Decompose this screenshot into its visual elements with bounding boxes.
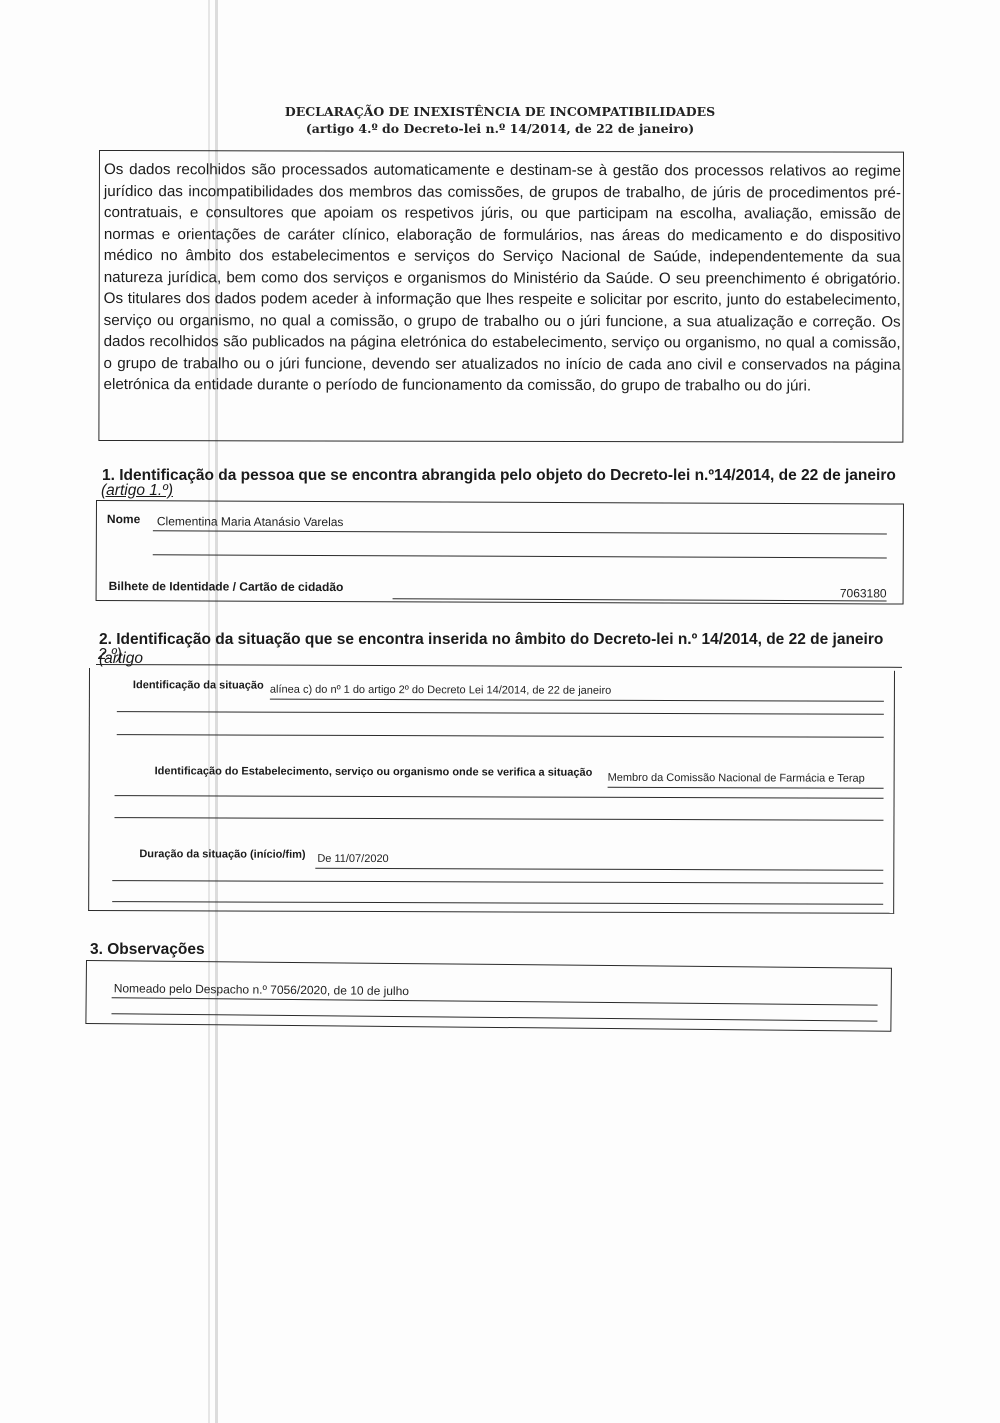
notice-text: Os dados recolhidos são processados auto… xyxy=(103,159,900,397)
duration-underline-2 xyxy=(112,880,883,884)
duration-underline-3 xyxy=(112,901,883,905)
section-2-title: 2. Identificação da situação que se enco… xyxy=(99,630,919,668)
title-line-1: DECLARAÇÃO DE INEXISTÊNCIA DE INCOMPATIB… xyxy=(0,103,1000,120)
situation-underline xyxy=(270,699,884,702)
name-label: Nome xyxy=(107,512,140,526)
situation-underline-2 xyxy=(117,711,884,715)
establishment-underline xyxy=(608,787,884,789)
id-card-underline xyxy=(393,598,887,601)
establishment-label: Identificação do Estabelecimento, serviç… xyxy=(155,765,593,779)
section-2-box: Identificação da situação alínea c) do n… xyxy=(88,668,895,914)
id-card-field[interactable]: 7063180 xyxy=(840,586,887,600)
name-field[interactable]: Clementina Maria Atanásio Varelas xyxy=(157,514,344,529)
id-card-label: Bilhete de Identidade / Cartão de cidadã… xyxy=(109,579,344,594)
duration-label: Duração da situação (início/fim) xyxy=(139,848,305,861)
duration-underline xyxy=(315,868,883,871)
situation-field[interactable]: alínea c) do nº 1 do artigo 2º do Decret… xyxy=(270,684,611,697)
establishment-field[interactable]: Membro da Comissão Nacional de Farmácia … xyxy=(608,772,884,785)
section-2-subtitle: 2.º) xyxy=(98,645,122,664)
name-field-underline xyxy=(153,530,887,534)
establishment-underline-3 xyxy=(114,817,883,821)
section-3-title: 3. Observações xyxy=(90,940,205,959)
document-title: DECLARAÇÃO DE INEXISTÊNCIA DE INCOMPATIB… xyxy=(0,103,1000,137)
observations-field[interactable]: Nomeado pelo Despacho n.º 7056/2020, de … xyxy=(114,981,409,998)
establishment-underline-2 xyxy=(115,795,884,799)
duration-field[interactable]: De 11/07/2020 xyxy=(317,853,388,865)
situation-label: Identificação da situação xyxy=(133,679,264,691)
name-field-underline-2 xyxy=(153,554,887,558)
data-protection-notice: Os dados recolhidos são processados auto… xyxy=(98,150,904,443)
section-1-title: 1. Identificação da pessoa que se encont… xyxy=(102,466,902,485)
section-3-box: Nomeado pelo Despacho n.º 7056/2020, de … xyxy=(85,960,892,1032)
observations-underline-2 xyxy=(111,1013,877,1022)
situation-underline-3 xyxy=(117,734,884,738)
title-line-2: (artigo 4.º do Decreto-lei n.º 14/2014, … xyxy=(0,120,1000,137)
section-1-subtitle: (artigo 1.º) xyxy=(101,481,173,500)
observations-underline xyxy=(112,997,878,1006)
section-1-box: Nome Clementina Maria Atanásio Varelas B… xyxy=(96,500,904,605)
